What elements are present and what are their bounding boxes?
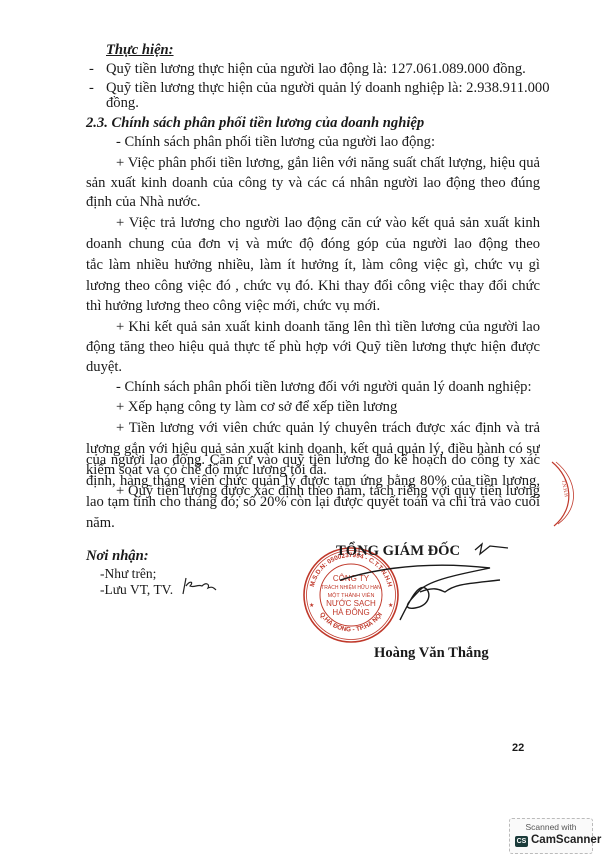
body-line: thì hưởng lương theo công việc mới, chức… — [86, 297, 380, 315]
body-line: năm. — [86, 514, 115, 532]
body-line: + Việc trả lương cho người lao động căn … — [116, 214, 540, 232]
signature-name: Hoàng Văn Thắng — [374, 645, 489, 662]
body-line: định của Nhà nước. — [86, 193, 201, 211]
handwritten-signature — [340, 540, 510, 630]
watermark-brand: CamScanner — [531, 834, 601, 846]
body-line: - Chính sách phân phối tiền lương của ng… — [116, 133, 435, 151]
bullet-worker-fund: Quỹ tiền lương thực hiện của người lao đ… — [106, 60, 526, 78]
section-title: 2.3. Chính sách phân phối tiền lương của… — [86, 114, 424, 132]
page-number: 22 — [512, 742, 524, 754]
document-page: Thực hiện: - Quỹ tiền lương thực hiện củ… — [0, 0, 607, 859]
recipients-title: Nơi nhận: — [86, 547, 149, 565]
body-line: doanh chung của đơn vị và mức độ đóng gó… — [86, 235, 540, 253]
body-line: định, hàng tháng viên chức quản lý được … — [86, 472, 540, 490]
recipient-item: -Lưu VT, TV. — [100, 581, 173, 599]
body-line: + Tiền lương với viên chức quản lý chuyê… — [116, 419, 540, 437]
body-line: duyệt. — [86, 358, 122, 376]
initials-signature — [180, 576, 220, 596]
bullet-manager-fund: Quỹ tiền lương thực hiện của người quản … — [106, 79, 550, 97]
body-line: + Việc phân phối tiền lương, gắn liên vớ… — [116, 154, 540, 172]
camscanner-logo-icon: CS — [515, 836, 528, 847]
body-line: lao tạm tính cho tháng đó; số 20% còn lạ… — [86, 493, 540, 511]
body-line: + Xếp hạng công ty làm cơ sở để xếp tiền… — [116, 398, 397, 416]
body-line: + Khi kết quả sản xuất kinh doanh tăng l… — [116, 318, 540, 336]
body-line: động tăng theo hiệu quả thực tế phù hợp … — [86, 338, 540, 356]
bullet-dash: - — [89, 60, 94, 78]
bullet-dash: - — [89, 79, 94, 97]
partial-stamp-edge: T.N.H.H — [550, 458, 580, 528]
heading-implemented: Thực hiện: — [106, 41, 174, 59]
body-line: của người lao động. Căn cứ vào quỹ tiền … — [86, 451, 540, 469]
body-line: - Chính sách phân phối tiền lương đối vớ… — [116, 378, 532, 396]
camscanner-watermark: Scanned with CS CamScanner — [509, 818, 593, 854]
svg-text:★: ★ — [309, 602, 314, 609]
body-line: sản xuất kinh doanh của công ty và các c… — [86, 174, 540, 192]
bullet-manager-fund-cont: đồng. — [106, 94, 139, 112]
body-line: tắc làm nhiều hưởng nhiều, làm ít hưởng … — [86, 256, 540, 274]
watermark-top-text: Scanned with — [510, 822, 592, 832]
body-line: lương theo công việc đó , chức vụ đó. Kh… — [86, 277, 540, 295]
